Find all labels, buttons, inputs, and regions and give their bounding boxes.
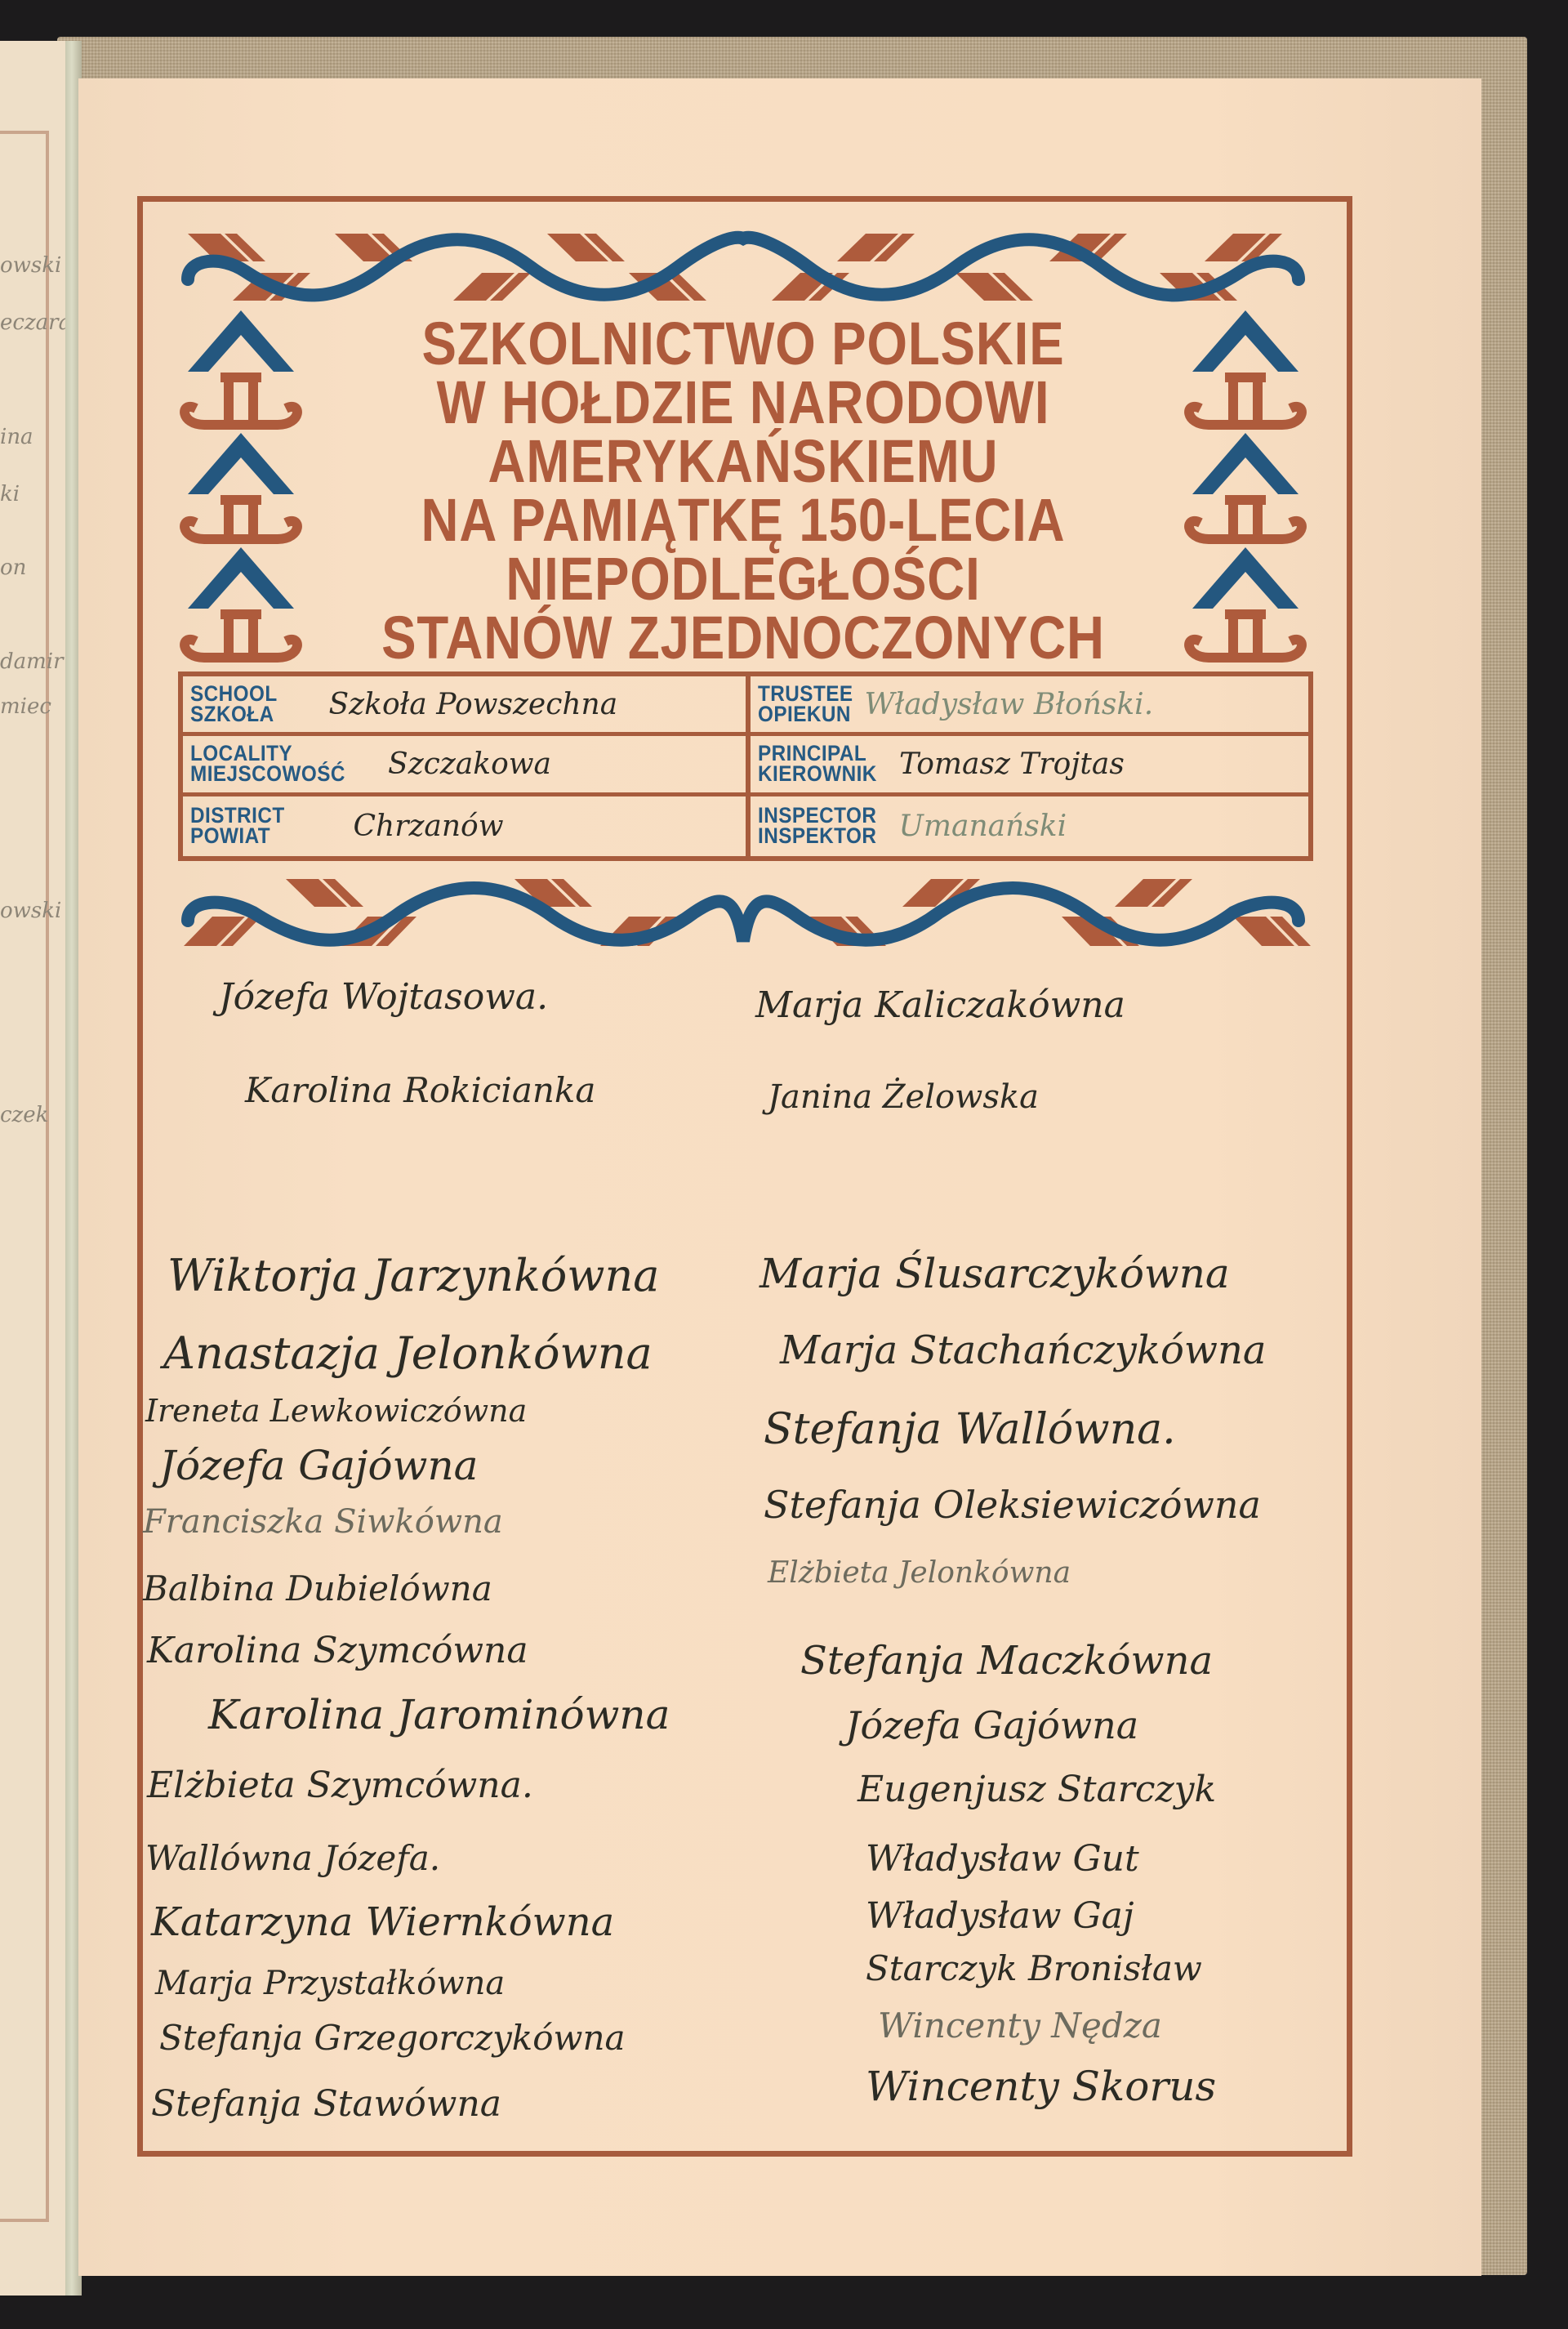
signature-right: Stefanja Maczkówna bbox=[800, 1638, 1213, 1684]
principal-value: Tomasz Trojtas bbox=[899, 747, 1125, 781]
signature-right: Stefanja Wallówna. bbox=[764, 1405, 1176, 1454]
signature-right: Marja Stachańczykówna bbox=[780, 1327, 1266, 1373]
signature-right: Elżbieta Jelonkówna bbox=[768, 1556, 1071, 1590]
page-title: SZKOLNICTWO POLSKIE W HOŁDZIE NARODOWI A… bbox=[318, 315, 1168, 667]
principal-label: PRINCIPAL KIEROWNIK bbox=[751, 743, 877, 784]
title-line-5: NIEPODLEGŁOŚCI bbox=[378, 550, 1108, 609]
signature-left: Elżbieta Szymcówna. bbox=[147, 1765, 533, 1806]
left-page-fragment: ina bbox=[0, 425, 33, 449]
school-label: SCHOOL SZKOŁA bbox=[183, 684, 278, 725]
signature-left: Karolina Jarominówna bbox=[208, 1691, 670, 1738]
district-label: DISTRICT POWIAT bbox=[183, 805, 285, 846]
signature-left: Balbina Dubielówna bbox=[143, 1568, 492, 1608]
signature-left: Karolina Szymcówna bbox=[147, 1630, 528, 1671]
trustee-label: TRUSTEE OPIEKUN bbox=[751, 684, 853, 725]
right-side-ornament bbox=[1176, 310, 1315, 670]
school-value: Szkoła Powszechna bbox=[329, 688, 618, 721]
signature-left: Ireneta Lewkowiczówna bbox=[145, 1393, 527, 1429]
signature-right: Wincenty Skorus bbox=[866, 2063, 1216, 2110]
inspector-label: INSPECTOR INSPEKTOR bbox=[751, 805, 876, 846]
left-page-fragment: owski bbox=[0, 899, 61, 923]
district-label-pl: POWIAT bbox=[190, 826, 285, 846]
left-page-fragment: owski bbox=[0, 253, 61, 278]
school-info-table: SCHOOL SZKOŁA Szkoła Powszechna TRUSTEE … bbox=[178, 671, 1313, 861]
district-field: DISTRICT POWIAT Chrzanów bbox=[183, 796, 746, 856]
trustee-value: Władysław Błoński. bbox=[865, 688, 1154, 721]
signature-right: Władysław Gaj bbox=[866, 1895, 1134, 1937]
signature-top: Józefa Wojtasowa. bbox=[219, 976, 548, 1018]
inspector-value: Umanański bbox=[899, 810, 1067, 843]
title-line-1: SZKOLNICTWO POLSKIE bbox=[378, 315, 1108, 373]
signature-left: Katarzyna Wiernkówna bbox=[151, 1899, 614, 1945]
signature-top: Janina Żelowska bbox=[768, 1078, 1039, 1116]
signature-right: Wincenty Nędza bbox=[878, 2006, 1162, 2046]
trustee-label-pl: OPIEKUN bbox=[758, 704, 853, 725]
bottom-ornament-band bbox=[171, 868, 1315, 957]
title-line-2: W HOŁDZIE NARODOWI bbox=[378, 373, 1108, 432]
inspector-label-pl: INSPEKTOR bbox=[758, 826, 876, 846]
signature-right: Eugenjusz Starczyk bbox=[857, 1769, 1216, 1810]
trustee-field: TRUSTEE OPIEKUN Władysław Błoński. bbox=[746, 676, 1308, 736]
left-page-edge: owski eczara ina ki on damir miec owski … bbox=[0, 41, 70, 2296]
left-page-fragment: miec bbox=[0, 694, 51, 719]
top-ornament-band bbox=[171, 222, 1315, 312]
locality-label: LOCALITY MIEJSCOWOŚĆ bbox=[183, 743, 345, 784]
signature-left: Stefanja Stawówna bbox=[151, 2083, 501, 2125]
left-page-fragment: on bbox=[0, 555, 26, 580]
title-line-4: NA PAMIĄTKĘ 150-LECIA bbox=[378, 491, 1108, 550]
principal-label-pl: KIEROWNIK bbox=[758, 764, 877, 784]
signature-right: Władysław Gut bbox=[866, 1838, 1139, 1880]
principal-field: PRINCIPAL KIEROWNIK Tomasz Trojtas bbox=[746, 736, 1308, 796]
signature-left: Stefanja Grzegorczykówna bbox=[159, 2018, 626, 2058]
title-line-6: STANÓW ZJEDNOCZONYCH bbox=[378, 609, 1108, 667]
left-page-fragment: damir bbox=[0, 649, 64, 674]
signature-left: Wallówna Józefa. bbox=[145, 1838, 440, 1878]
signature-left: Marja Przystałkówna bbox=[155, 1965, 505, 2002]
signature-right: Stefanja Oleksiewiczówna bbox=[764, 1483, 1261, 1527]
left-side-ornament bbox=[171, 310, 310, 670]
signature-left: Franciszka Siwkówna bbox=[143, 1503, 503, 1541]
left-page-fragment: eczara bbox=[0, 310, 70, 335]
signature-right: Marja Ślusarczykówna bbox=[759, 1250, 1230, 1297]
locality-label-pl: MIEJSCOWOŚĆ bbox=[190, 764, 345, 784]
signature-left: Anastazja Jelonkówna bbox=[163, 1327, 653, 1379]
left-page-fragment: ki bbox=[0, 482, 20, 506]
signature-top: Karolina Rokicianka bbox=[245, 1070, 595, 1110]
school-field: SCHOOL SZKOŁA Szkoła Powszechna bbox=[183, 676, 746, 736]
left-page-fragment: czek bbox=[0, 1103, 48, 1127]
signature-left: Wiktorja Jarzynkówna bbox=[167, 1250, 660, 1301]
signature-right: Józefa Gajówna bbox=[845, 1703, 1138, 1747]
school-label-pl: SZKOŁA bbox=[190, 704, 278, 725]
signature-top: Marja Kaliczakówna bbox=[755, 984, 1125, 1026]
signature-left: Józefa Gajówna bbox=[159, 1442, 478, 1489]
signature-right: Starczyk Bronisław bbox=[866, 1948, 1202, 1988]
inspector-field: INSPECTOR INSPEKTOR Umanański bbox=[746, 796, 1308, 856]
locality-field: LOCALITY MIEJSCOWOŚĆ Szczakowa bbox=[183, 736, 746, 796]
district-value: Chrzanów bbox=[354, 810, 504, 843]
title-line-3: AMERYKAŃSKIEMU bbox=[378, 432, 1108, 491]
locality-value: Szczakowa bbox=[388, 747, 551, 781]
